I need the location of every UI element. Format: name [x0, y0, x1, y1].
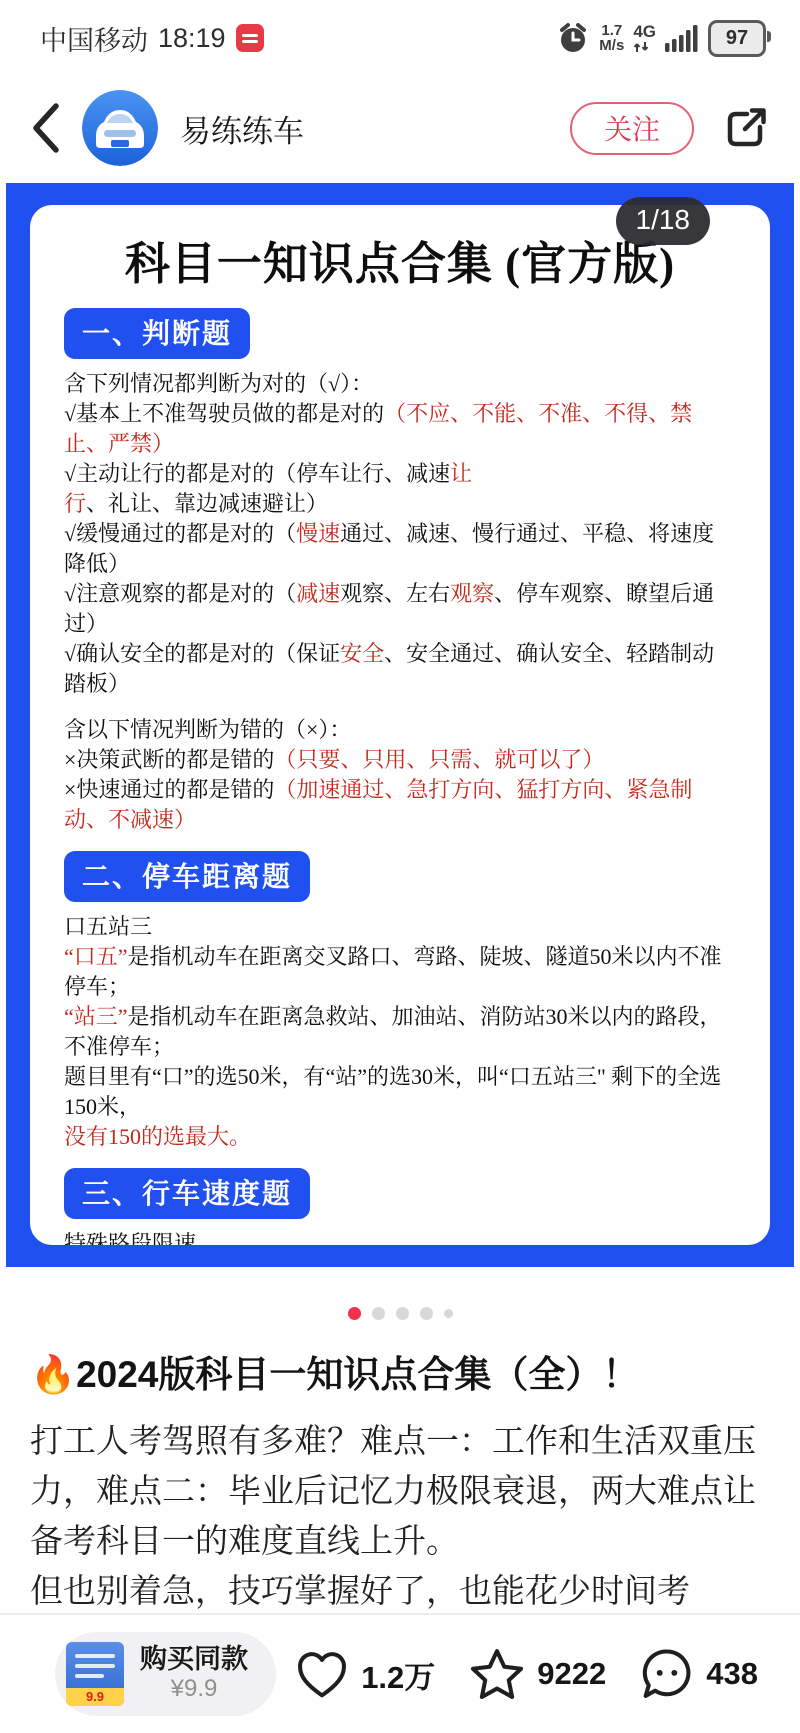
page-indicator-badge: 1/18	[616, 197, 711, 245]
comment-bubble-icon	[640, 1647, 694, 1701]
card-text-line: 口五站三	[64, 912, 736, 942]
speed-unit: M/s	[599, 38, 624, 53]
spacer	[64, 699, 736, 715]
data-arrows-icon	[633, 41, 651, 53]
card-text-line: 含以下情况判断为错的（×）：	[64, 715, 736, 745]
card-text-line: √确认安全的都是对的（保证安全、安全通过、确认安全、轻踏制动踏板）	[64, 639, 736, 699]
signal-bars-icon	[665, 24, 699, 52]
follow-button[interactable]: 关注	[570, 102, 694, 155]
thumbnail-price: 9.9	[66, 1688, 124, 1706]
heart-icon	[295, 1648, 349, 1700]
status-left: 中国移动 18:19	[40, 19, 264, 58]
carousel-dot	[348, 1307, 361, 1320]
buy-label: 购买同款	[140, 1644, 248, 1674]
buy-text: 购买同款 ¥9.9	[140, 1644, 248, 1704]
like-count: 1.2万	[361, 1652, 435, 1697]
alarm-clock-icon	[556, 21, 590, 55]
section-badge: 一、判断题	[64, 308, 250, 359]
card-text-line: “站三”是指机动车在距离急救站、加油站、消防站30米以内的路段，不准停车；	[64, 1002, 736, 1062]
car-avatar-icon	[82, 90, 158, 166]
knowledge-card: 科目一知识点合集 (官方版) 一、判断题含下列情况都判断为对的（√）：√基本上不…	[30, 205, 770, 1245]
card-text-line: ×快速通过的都是错的（加速通过、急打方向、猛打方向、紧急制动、不减速）	[64, 775, 736, 835]
network-type-label: 4G	[633, 24, 656, 40]
status-bar: 中国移动 18:19 1.7 M/s 4G	[40, 12, 766, 64]
battery-level: 97	[726, 27, 748, 50]
clock-label: 18:19	[158, 23, 226, 54]
collect-button[interactable]: 9222	[469, 1647, 606, 1701]
star-icon	[469, 1647, 525, 1701]
buy-price: ¥9.9	[171, 1674, 218, 1704]
card-content: 一、判断题含下列情况都判断为对的（√）：√基本上不准驾驶员做的都是对的（不应、不…	[64, 308, 736, 1245]
share-icon	[723, 105, 769, 151]
xiaohongshu-post-screen: 中国移动 18:19 1.7 M/s 4G	[0, 0, 800, 1733]
battery-indicator: 97	[708, 20, 766, 57]
speed-value: 1.7	[601, 23, 622, 38]
section-badge-row: 二、停车距离题	[64, 851, 736, 902]
comment-count: 438	[706, 1656, 758, 1692]
network-status: 4G	[633, 24, 656, 53]
comment-button[interactable]: 438	[640, 1647, 758, 1701]
carousel-dots	[0, 1300, 800, 1326]
section-badge-row: 三、行车速度题	[64, 1168, 736, 1219]
avatar[interactable]	[82, 90, 158, 166]
card-text-line: 题目里有“口”的选50米，有“站”的选30米，叫“口五站三" 剩下的全选150米…	[64, 1062, 736, 1122]
carousel-image[interactable]: 1/18 科目一知识点合集 (官方版) 一、判断题含下列情况都判断为对的（√）：…	[6, 183, 794, 1267]
chevron-left-icon	[30, 101, 60, 155]
carousel-dot	[372, 1307, 385, 1320]
carousel-dot	[396, 1307, 409, 1320]
buy-same-product-button[interactable]: 9.9 购买同款 ¥9.9	[55, 1632, 276, 1716]
card-text-line: 没有150的选最大。	[64, 1122, 736, 1152]
status-right: 1.7 M/s 4G 97	[556, 20, 766, 57]
card-text-line: √缓慢通过的都是对的（慢速通过、减速、慢行通过、平稳、将速度降低）	[64, 519, 736, 579]
card-text-line: ×决策武断的都是错的（只要、只用、只需、就可以了）	[64, 745, 736, 775]
bottom-action-bar: 9.9 购买同款 ¥9.9 1.2万 9222 438	[0, 1613, 800, 1733]
xiaohongshu-app-icon	[236, 24, 264, 52]
carrier-label: 中国移动	[40, 19, 148, 58]
card-text-line: “口五”是指机动车在距离交叉路口、弯路、陡坡、隧道50米以内不准停车；	[64, 942, 736, 1002]
section-badge: 三、行车速度题	[64, 1168, 310, 1219]
post-paragraph: 打工人考驾照有多难？难点一：工作和生活双重压力，难点二：毕业后记忆力极限衰退，两…	[30, 1416, 774, 1566]
top-nav-bar: 易练练车 关注	[30, 88, 770, 168]
section-badge: 二、停车距离题	[64, 851, 310, 902]
card-text-line: √基本上不准驾驶员做的都是对的（不应、不能、不准、不得、禁止、严禁）	[64, 399, 736, 459]
share-button[interactable]	[722, 104, 770, 152]
like-button[interactable]: 1.2万	[295, 1648, 435, 1700]
username-label[interactable]: 易练练车	[180, 106, 304, 151]
section-badge-row: 一、判断题	[64, 308, 736, 359]
carousel-dot	[420, 1307, 433, 1320]
post-title: 🔥2024版科目一知识点合集（全）！	[30, 1344, 774, 1398]
carousel-dot	[444, 1309, 453, 1318]
card-text-line: √注意观察的都是对的（减速观察、左右观察、停车观察、瞭望后通过）	[64, 579, 736, 639]
back-button[interactable]	[30, 100, 64, 156]
post-paragraph: 但也别着急，技巧掌握好了，也能花少时间考	[30, 1566, 774, 1616]
follow-label: 关注	[604, 108, 660, 148]
card-text-line: √主动让行的都是对的（停车让行、减速让行、礼让、靠边减速避让）	[64, 459, 736, 519]
network-speed: 1.7 M/s	[599, 23, 624, 53]
product-thumbnail: 9.9	[66, 1642, 124, 1706]
card-text-line: 特殊路段限速	[64, 1229, 736, 1245]
post-text: 🔥2024版科目一知识点合集（全）！ 打工人考驾照有多难？难点一：工作和生活双重…	[30, 1344, 774, 1616]
card-text-line: 含下列情况都判断为对的（√）：	[64, 369, 736, 399]
collect-count: 9222	[537, 1656, 606, 1692]
